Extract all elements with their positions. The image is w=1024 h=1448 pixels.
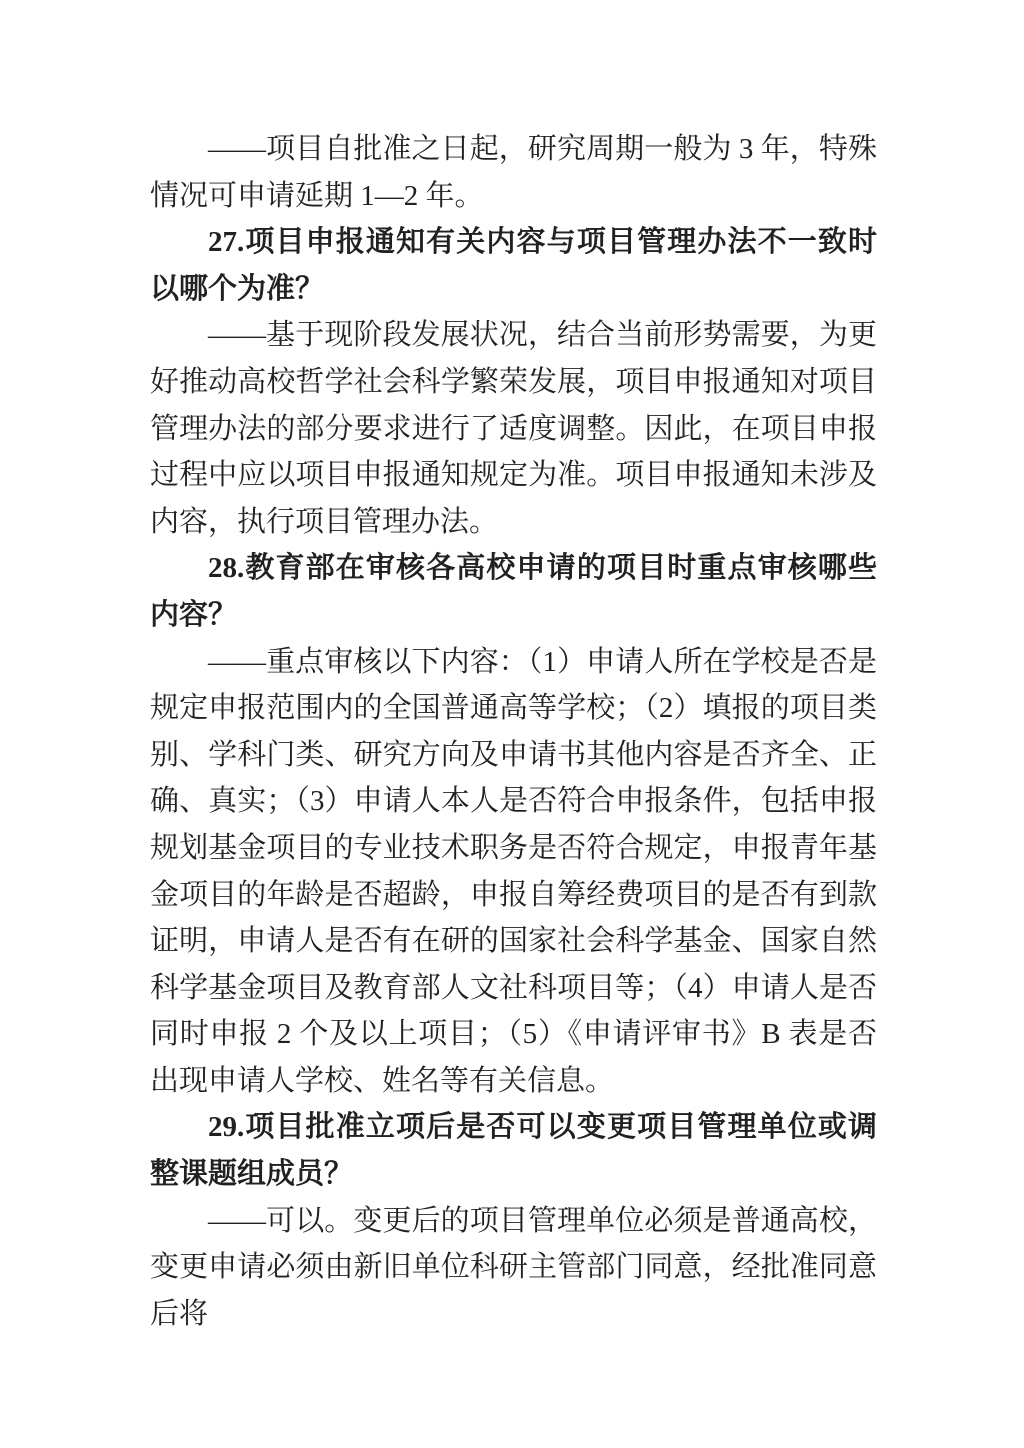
- answer-paragraph-29: ——可以。变更后的项目管理单位必须是普通高校，变更申请必须由新旧单位科研主管部门…: [150, 1198, 877, 1338]
- answer-paragraph-28: ——重点审核以下内容：（1）申请人所在学校是否是规定申报范围内的全国普通高等学校…: [150, 639, 877, 1105]
- question-heading-29: 29.项目批准立项后是否可以变更项目管理单位或调整课题组成员？: [150, 1104, 877, 1197]
- question-heading-27: 27.项目申报通知有关内容与项目管理办法不一致时以哪个为准？: [150, 219, 877, 312]
- document-page: ——项目自批准之日起，研究周期一般为 3 年，特殊情况可申请延期 1—2 年。 …: [0, 0, 1024, 1448]
- question-heading-28: 28.教育部在审核各高校申请的项目时重点审核哪些内容？: [150, 545, 877, 638]
- answer-paragraph-27: ——基于现阶段发展状况，结合当前形势需要，为更好推动高校哲学社会科学繁荣发展，项…: [150, 312, 877, 545]
- answer-paragraph-26: ——项目自批准之日起，研究周期一般为 3 年，特殊情况可申请延期 1—2 年。: [150, 126, 877, 219]
- document-content: ——项目自批准之日起，研究周期一般为 3 年，特殊情况可申请延期 1—2 年。 …: [150, 126, 877, 1337]
